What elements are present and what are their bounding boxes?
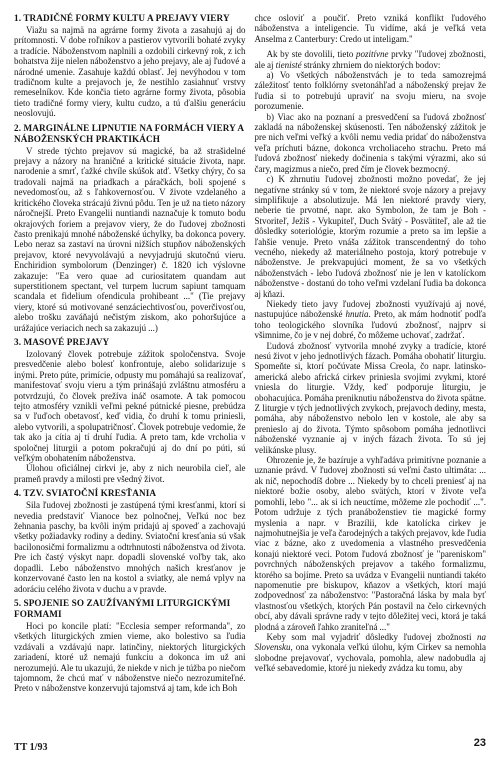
paragraph-point-c: c) K zhrnutiu ľudovej zbožnosti možno po… [255,174,487,299]
paragraph-official-church-role: Úlohou oficiálnej cirkvi je, aby z nich … [14,463,246,484]
right-column: chce osloviť a poučiť. Preto vzniká konf… [255,13,487,694]
slovakia-segment: Keby som mal vyjadriť dôsledky ľudovej z… [267,632,478,642]
paragraph-summary-intro: Ak by ste dovolili, tieto pozitívne prvk… [255,49,487,70]
section-heading-marginal-clinging: 2. MARGINÁLNE LIPNUTIE NA FORMÁCH VIERY … [14,123,246,145]
intro-segment: stránky zhrniem do niektorých bodov: [302,60,441,70]
journal-issue-label: TT 1/93 [14,742,47,753]
paragraph-liturgical-forms: Hoci po koncile platí: "Ecclesia semper … [14,621,246,694]
intro-segment-italic-shadow: tienisté [276,60,302,70]
paragraph-point-b: b) Viac ako na poznaní a presvedčení sa … [255,112,487,174]
intro-segment-italic-positive: pozitívne [356,49,389,59]
paragraph-customs-traditions: Ľudová zbožnosť vytvorila mnohé zvyky a … [255,341,487,455]
section-heading-holiday-christians: 4. TZV. SVIATOČNÍ KRESŤANIA [14,488,246,499]
intro-segment: Ak by ste dovolili, tieto [267,49,356,59]
paragraph-marginal-clinging: V strede týchto prejavov sú magické, ba … [14,146,246,333]
section-heading-traditional-forms: 1. TRADIČNÉ FORMY KULTU A PREJAVY VIERY [14,13,246,24]
paragraph-slovakia: Keby som mal vyjadriť dôsledky ľudovej z… [255,632,487,674]
section-heading-mass-manifestations: 3. MASOVÉ PREJAVY [14,337,246,348]
paragraph-new-movements: Niekedy tieto javy ľudovej zbožnosti vyu… [255,299,487,341]
document-page: 1. TRADIČNÉ FORMY KULTU A PREJAVY VIERY … [0,0,500,768]
paragraph-mass-manifestations: Izolovaný človek potrebuje zážitok spolo… [14,349,246,463]
paragraph-continuation: chce osloviť a poučiť. Preto vzniká konf… [255,13,487,44]
section-heading-liturgical-forms: 5. SPOJENIE SO ZAUŽÍVANÝMI LITURGICKÝMI … [14,598,246,620]
paragraph-danger: Ohrozenie je, že bazíruje a vyhľadáva pr… [255,455,487,632]
two-column-layout: 1. TRADIČNÉ FORMY KULTU A PREJAVY VIERY … [0,0,500,694]
left-column: 1. TRADIČNÉ FORMY KULTU A PREJAVY VIERY … [14,13,246,694]
paragraph-traditional-forms: Viažu sa najmä na agrárne formy života a… [14,25,246,119]
paragraph-point-a: a) Vo všetkých náboženstvách je to teda … [255,70,487,112]
paragraph-holiday-christians: Sila ľudovej zbožnosti je zastúpená tými… [14,500,246,594]
movements-segment-italic: hnutia [345,309,368,319]
page-number: 23 [474,737,486,749]
